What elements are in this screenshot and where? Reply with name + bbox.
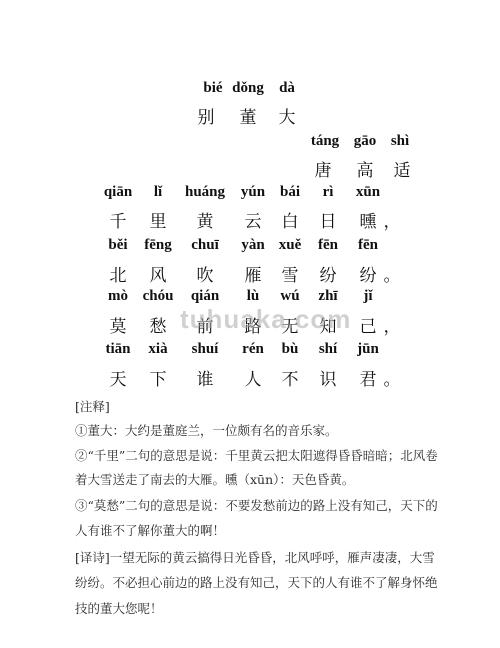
hanzi: 风	[150, 261, 167, 286]
hanzi: 吹	[197, 261, 214, 286]
hanzi: 识	[320, 365, 337, 390]
hanzi: 纷	[320, 261, 337, 286]
pinyin: shuí	[192, 341, 219, 358]
pinyin: tiān	[105, 341, 130, 358]
title-char-1: 别	[198, 103, 215, 128]
hanzi: 莫	[110, 312, 127, 337]
author-char-3: 适	[394, 156, 411, 181]
pinyin: bái	[280, 184, 300, 201]
title-char-2: 董	[240, 103, 257, 128]
pinyin: huáng	[185, 184, 225, 201]
hanzi: 不	[282, 365, 299, 390]
pinyin: xūn	[356, 184, 380, 201]
pinyin: chuī	[191, 237, 219, 254]
hanzi: 里	[150, 207, 167, 232]
punctuation: ，	[384, 312, 401, 337]
notes-heading: [注释]	[75, 397, 110, 415]
author-char-1: 唐	[315, 156, 332, 181]
hanzi: 愁	[150, 312, 167, 337]
hanzi: 谁	[197, 365, 214, 390]
note-2: ②“千里”二句的意思是说：千里黄云把太阳遮得昏昏暗暗；北风卷	[75, 446, 438, 464]
punctuation: 。	[384, 365, 401, 390]
title-pinyin-2: dǒng	[232, 80, 264, 97]
translation-line-1: [译诗]一望无际的黄云搞得日光昏昏，北风呼呼，雁声凄凄，大雪	[75, 548, 435, 566]
pinyin: fēng	[144, 237, 172, 254]
pinyin: qián	[191, 288, 219, 305]
hanzi: 纷	[360, 261, 377, 286]
pinyin: yún	[241, 184, 265, 201]
pinyin: chóu	[143, 288, 174, 305]
author-pinyin-1: táng	[311, 133, 339, 150]
hanzi: 白	[282, 207, 299, 232]
punctuation: 。	[384, 261, 401, 286]
hanzi: 下	[150, 365, 167, 390]
hanzi: 千	[110, 207, 127, 232]
watermark: tuhuaka.com	[180, 304, 351, 335]
pinyin: bù	[282, 341, 299, 358]
pinyin: shí	[319, 341, 337, 358]
translation-line-3: 技的董大您呢！	[75, 599, 163, 617]
pinyin: lù	[247, 288, 260, 305]
hanzi: 君	[360, 365, 377, 390]
pinyin: lǐ	[154, 184, 162, 201]
hanzi: 雪	[282, 261, 299, 286]
title-char-3: 大	[279, 103, 296, 128]
translation-line-2: 纷纷。不必担心前边的路上没有知己，天下的人有谁不了解身怀绝	[75, 573, 438, 591]
pinyin: wú	[280, 288, 299, 305]
pinyin: mò	[108, 288, 128, 305]
hanzi: 雁	[245, 261, 262, 286]
pinyin: rén	[242, 341, 264, 358]
hanzi: 天	[110, 365, 127, 390]
punctuation: ，	[384, 207, 401, 232]
title-pinyin-1: bié	[203, 80, 222, 97]
title-pinyin-3: dà	[279, 80, 295, 97]
hanzi: 人	[245, 365, 262, 390]
hanzi: 北	[110, 261, 127, 286]
hanzi: 曛	[360, 207, 377, 232]
pinyin: jūn	[357, 341, 379, 358]
author-char-2: 高	[357, 156, 374, 181]
pinyin: xià	[148, 341, 167, 358]
pinyin: xuě	[279, 237, 302, 254]
pinyin: fēn	[318, 237, 338, 254]
hanzi: 日	[320, 207, 337, 232]
note-2-cont: 着大雪送走了南去的大雁。曛（xūn）：天色昏黄。	[75, 470, 354, 488]
pinyin: fēn	[358, 237, 378, 254]
pinyin: yàn	[241, 237, 264, 254]
author-pinyin-3: shì	[391, 133, 409, 150]
pinyin: běi	[108, 237, 127, 254]
hanzi: 黄	[197, 207, 214, 232]
note-3-cont: 人有谁不了解你董大的啊！	[75, 521, 225, 539]
hanzi: 己	[360, 312, 377, 337]
pinyin: rì	[323, 184, 334, 201]
author-pinyin-2: gāo	[354, 133, 377, 150]
pinyin: zhī	[318, 288, 337, 305]
pinyin: qiān	[104, 184, 132, 201]
pinyin: jǐ	[363, 288, 372, 305]
note-3: ③“莫愁”二句的意思是说：不要发愁前边的路上没有知己，天下的	[75, 496, 438, 514]
note-1: ①董大：大约是董庭兰，一位颇有名的音乐家。	[75, 421, 338, 439]
hanzi: 云	[245, 207, 262, 232]
